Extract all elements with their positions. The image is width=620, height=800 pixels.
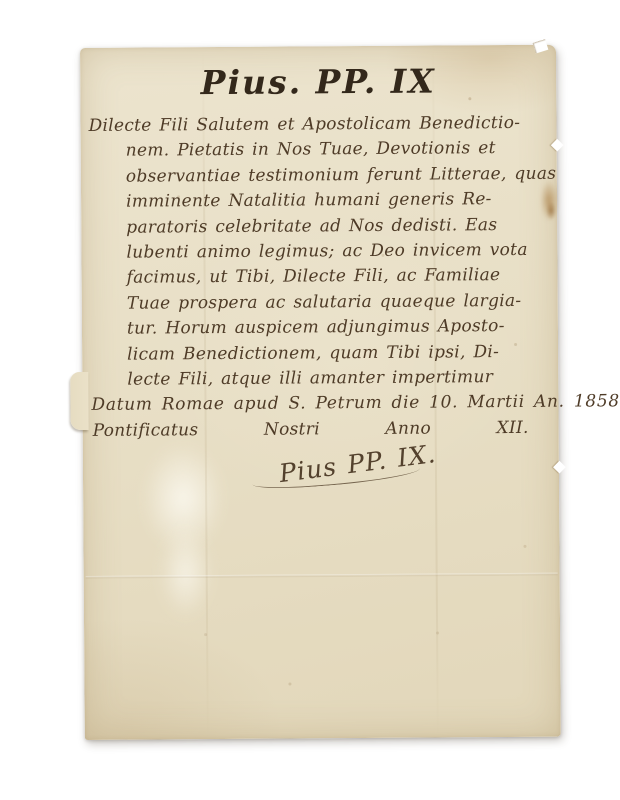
letter-line: Tuae prospera ac salutaria quaeque largi… <box>82 288 558 317</box>
corner-tear <box>533 39 549 53</box>
letter-line: facimus, ut Tibi, Dilecte Fili, ac Famil… <box>82 263 558 292</box>
photo-background: Pius. PP. IX Dilecte Fili Salutem et Apo… <box>0 0 620 800</box>
pontificatus-word: Pontificatus <box>93 418 199 444</box>
foxing-speckles <box>80 48 83 51</box>
letter-line: imminente Natalitia humani generis Re- <box>81 187 557 216</box>
pontificatus-word: Nostri <box>264 417 320 443</box>
pontificatus-word: Anno <box>385 416 431 442</box>
letter-line: licam Benedictionem, quam Tibi ipsi, Di- <box>82 339 558 368</box>
signature-block: Pius PP. IX. <box>278 437 470 491</box>
letter-body: Dilecte Fili Salutem et Apostolicam Bene… <box>80 111 559 481</box>
letter-line: tur. Horum auspicem adjungimus Aposto- <box>82 314 558 343</box>
pontificatus-word: XII. <box>496 416 528 442</box>
letter-line: lubenti animo legimus; ac Deo invicem vo… <box>81 238 557 267</box>
letter-line: lecte Fili, atque illi amanter impertimu… <box>82 365 558 394</box>
letter-line: paratoris celebritate ad Nos dedisti. Ea… <box>81 212 557 241</box>
letter-line: nem. Pietatis in Nos Tuae, Devotionis et <box>81 136 557 165</box>
letter-line: observantiae testimonium ferunt Litterae… <box>81 161 557 190</box>
letter-heading: Pius. PP. IX <box>80 61 556 103</box>
dateline: Datum Romae apud S. Petrum die 10. Marti… <box>82 390 558 419</box>
document-paper: Pius. PP. IX Dilecte Fili Salutem et Apo… <box>80 45 561 740</box>
letter-line: Dilecte Fili Salutem et Apostolicam Bene… <box>80 111 556 140</box>
